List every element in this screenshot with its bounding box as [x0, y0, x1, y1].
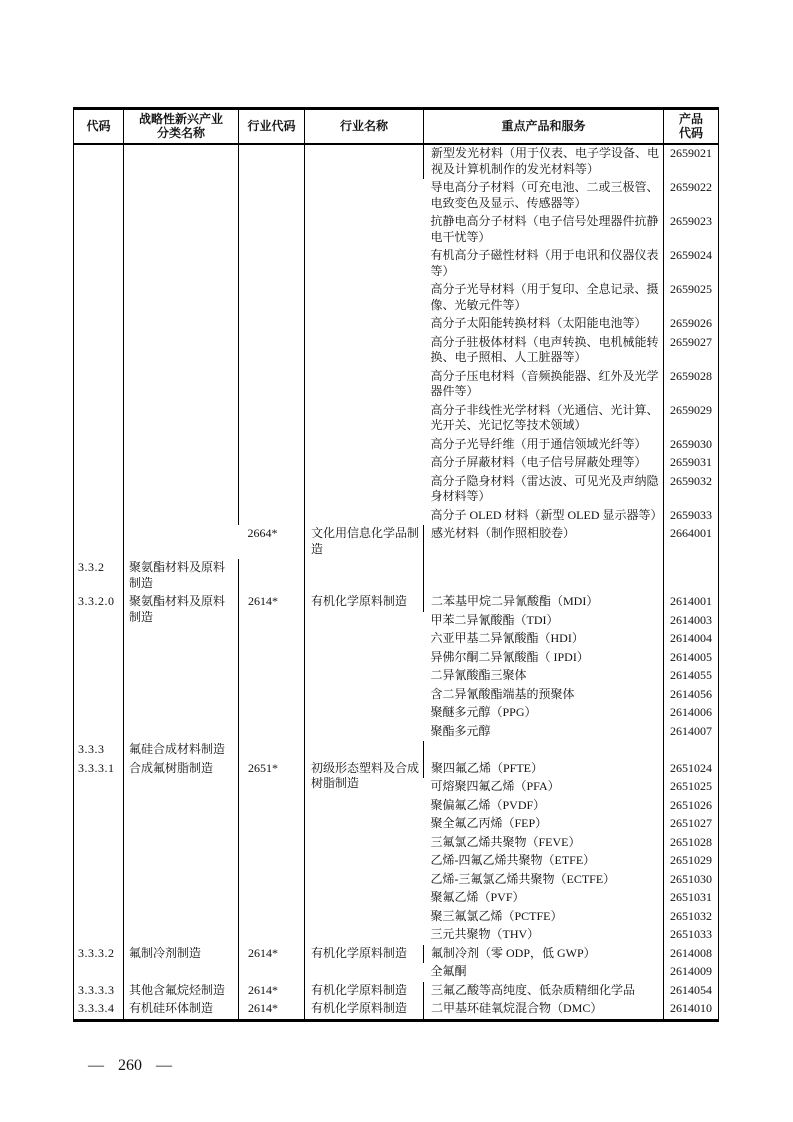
table-cell: 2664* — [239, 525, 305, 559]
table-cell: 2614056 — [664, 686, 719, 705]
table-cell: 三氟氯乙烯共聚物（FEVE） — [424, 834, 664, 853]
table-cell: 感光材料（制作照相胶卷） — [424, 525, 664, 559]
header-products: 重点产品和服务 — [424, 109, 664, 145]
classification-table: 代码 战略性新兴产业 分类名称 行业代码 行业名称 重点产品和服务 产品 代码 — [73, 107, 719, 1022]
table-cell: 三氟乙酸等高纯度、低杂质精细化学品 — [424, 982, 664, 1001]
header-industry-code-label: 行业代码 — [240, 120, 303, 134]
header-row: 代码 战略性新兴产业 分类名称 行业代码 行业名称 重点产品和服务 产品 代码 — [74, 109, 719, 145]
table-cell — [305, 741, 424, 760]
header-category-line2: 分类名称 — [125, 127, 237, 141]
table-cell: 2651* — [239, 760, 305, 945]
table-cell: 初级形态塑料及合成树脂制造 — [305, 760, 424, 945]
table-cell: 2614055 — [664, 667, 719, 686]
table-cell: 3.3.2.0 — [74, 593, 124, 741]
table-cell: 聚三氟氯乙烯（PCTFE） — [424, 908, 664, 927]
table-cell: 有机硅环体制造 — [124, 1000, 239, 1020]
table-cell: 2614* — [239, 1000, 305, 1020]
table-cell: 3.3.2 — [74, 559, 124, 593]
header-category: 战略性新兴产业 分类名称 — [124, 109, 239, 145]
table-cell: 全氟酮 — [424, 963, 664, 982]
table-cell: 2659022 — [664, 179, 719, 213]
table-row: 3.3.2聚氨酯材料及原料制造 — [74, 559, 719, 593]
table-cell: 2659025 — [664, 281, 719, 315]
table-cell: 2659032 — [664, 473, 719, 507]
table-cell: 2659024 — [664, 247, 719, 281]
table-cell — [239, 741, 305, 760]
table-cell: 其他含氟烷烃制造 — [124, 982, 239, 1001]
table-cell: 六亚甲基二异氰酸酯（HDI） — [424, 630, 664, 649]
table-cell: 聚醚多元醇（PPG） — [424, 704, 664, 723]
table-cell: 2651026 — [664, 797, 719, 816]
table-cell: 抗静电高分子材料（电子信号处理器件抗静电干忧等） — [424, 213, 664, 247]
table-cell: 高分子太阳能转换材料（太阳能电池等） — [424, 315, 664, 334]
table-cell: 有机化学原料制造 — [305, 593, 424, 741]
table-cell: 高分子 OLED 材料（新型 OLED 显示器等） — [424, 507, 664, 526]
table-cell — [239, 144, 305, 525]
header-industry-name-label: 行业名称 — [306, 120, 422, 134]
table-cell: 聚氟乙烯（PVF） — [424, 889, 664, 908]
table-row: 3.3.3.3其他含氟烷烃制造2614*有机化学原料制造三氟乙酸等高纯度、低杂质… — [74, 982, 719, 1001]
table-row: 3.3.3.4有机硅环体制造2614*有机化学原料制造二甲基环硅氧烷混合物（DM… — [74, 1000, 719, 1020]
table-cell: 2614009 — [664, 963, 719, 982]
table-cell: 3.3.3.4 — [74, 1000, 124, 1020]
table-cell: 文化用信息化学品制造 — [305, 525, 424, 559]
header-product-code-line1: 产品 — [665, 113, 717, 127]
table-cell — [424, 741, 664, 760]
table-cell: 2651024 — [664, 760, 719, 779]
table-cell: 2651027 — [664, 815, 719, 834]
header-industry-name: 行业名称 — [305, 109, 424, 145]
table-cell: 2659027 — [664, 334, 719, 368]
table-cell: 三元共聚物（THV） — [424, 926, 664, 945]
table-row: 3.3.3.2氟制冷剂制造2614*有机化学原料制造氟制冷剂（零 ODP，低 G… — [74, 945, 719, 964]
header-code-label: 代码 — [75, 120, 122, 134]
table-cell: 2651028 — [664, 834, 719, 853]
table-cell: 聚氨酯材料及原料制造 — [124, 593, 239, 741]
table-cell: 2614* — [239, 982, 305, 1001]
table-cell: 2651025 — [664, 778, 719, 797]
table-cell: 2659033 — [664, 507, 719, 526]
table-cell: 2614005 — [664, 649, 719, 668]
table-cell: 高分子屏蔽材料（电子信号屏蔽处理等） — [424, 454, 664, 473]
table-cell: 高分子光导材料（用于复印、全息记录、摄像、光敏元件等） — [424, 281, 664, 315]
table-cell: 2614054 — [664, 982, 719, 1001]
table-cell: 二苯基甲烷二异氰酸酯（MDI） — [424, 593, 664, 612]
header-products-label: 重点产品和服务 — [425, 120, 662, 134]
table-cell: 2651032 — [664, 908, 719, 927]
table-cell: 聚四氟乙烯（PFTE） — [424, 760, 664, 779]
table-cell: 二异氰酸酯三聚体 — [424, 667, 664, 686]
document-page: 代码 战略性新兴产业 分类名称 行业代码 行业名称 重点产品和服务 产品 代码 — [0, 0, 793, 1122]
table-cell: 聚氨酯材料及原料制造 — [124, 559, 239, 593]
table-cell: 高分子隐身材料（雷达波、可见光及声纳隐身材料等） — [424, 473, 664, 507]
table-cell: 2659023 — [664, 213, 719, 247]
table-row: 新型发光材料（用于仪表、电子学设备、电视及计算机制作的发光材料等）2659021 — [74, 144, 719, 179]
table-cell: 2614007 — [664, 723, 719, 742]
table-cell: 有机化学原料制造 — [305, 1000, 424, 1020]
table-cell: 聚酯多元醇 — [424, 723, 664, 742]
table-cell: 2651030 — [664, 871, 719, 890]
table-cell: 导电高分子材料（可充电池、二或三极管、电致变色及显示、传感器等） — [424, 179, 664, 213]
table-cell: 新型发光材料（用于仪表、电子学设备、电视及计算机制作的发光材料等） — [424, 144, 664, 179]
table-cell: 甲苯二异氰酸酯（TDI） — [424, 612, 664, 631]
table-cell — [305, 559, 424, 593]
table-cell: 二甲基环硅氧烷混合物（DMC） — [424, 1000, 664, 1020]
table-cell: 有机高分子磁性材料（用于电讯和仪器仪表等） — [424, 247, 664, 281]
table-cell: 有机化学原料制造 — [305, 982, 424, 1001]
table-cell: 2614006 — [664, 704, 719, 723]
header-product-code: 产品 代码 — [664, 109, 719, 145]
table-cell: 2664001 — [664, 525, 719, 559]
table-cell: 2659028 — [664, 368, 719, 402]
table-cell: 2659031 — [664, 454, 719, 473]
table-cell: 2651033 — [664, 926, 719, 945]
table-cell: 2659030 — [664, 436, 719, 455]
table-cell: 2651031 — [664, 889, 719, 908]
table-row: 3.3.2.0聚氨酯材料及原料制造2614*有机化学原料制造二苯基甲烷二异氰酸酯… — [74, 593, 719, 612]
table-cell: 2614001 — [664, 593, 719, 612]
table-cell: 2614008 — [664, 945, 719, 964]
table-cell: 3.3.3.2 — [74, 945, 124, 982]
table-cell: 3.3.3.3 — [74, 982, 124, 1001]
table-cell: 乙烯-四氟乙烯共聚物（ETFE） — [424, 852, 664, 871]
header-code: 代码 — [74, 109, 124, 145]
table-cell — [664, 741, 719, 760]
table-cell — [239, 559, 305, 593]
table-cell: 高分子驻极体材料（电声转换、电机械能转换、电子照相、人工脏器等） — [424, 334, 664, 368]
table-cell: 3.3.3 — [74, 741, 124, 760]
table-cell: 3.3.3.1 — [74, 760, 124, 945]
table-cell: 2614* — [239, 945, 305, 982]
table-cell: 聚偏氟乙烯（PVDF） — [424, 797, 664, 816]
table-cell: 异佛尔酮二异氰酸酯（ IPDI） — [424, 649, 664, 668]
table-cell: 氟制冷剂制造 — [124, 945, 239, 982]
table-cell: 2659029 — [664, 402, 719, 436]
table-cell: 高分子非线性光学材料（光通信、光计算、光开关、光记忆等技术领域） — [424, 402, 664, 436]
table-cell: 2651029 — [664, 852, 719, 871]
page-number: — 260 — — [88, 1057, 172, 1075]
table-cell: 2614004 — [664, 630, 719, 649]
table-cell: 高分子光导纤维（用于通信领域光纤等） — [424, 436, 664, 455]
table-cell: 乙烯-三氟氯乙烯共聚物（ECTFE） — [424, 871, 664, 890]
table-cell: 2659021 — [664, 144, 719, 179]
table-cell: 聚全氟乙丙烯（FEP） — [424, 815, 664, 834]
table-cell — [74, 144, 124, 559]
table-cell: 2614* — [239, 593, 305, 741]
table-cell — [124, 144, 239, 559]
table-cell — [424, 559, 664, 593]
table-cell: 2614003 — [664, 612, 719, 631]
table-cell: 氟制冷剂（零 ODP，低 GWP） — [424, 945, 664, 964]
table-body: 新型发光材料（用于仪表、电子学设备、电视及计算机制作的发光材料等）2659021… — [74, 144, 719, 1020]
table-cell — [305, 144, 424, 525]
table-cell: 2614010 — [664, 1000, 719, 1020]
table-cell: 高分子压电材料（音频换能器、红外及光学器件等） — [424, 368, 664, 402]
table-cell: 氟硅合成材料制造 — [124, 741, 239, 760]
table-header: 代码 战略性新兴产业 分类名称 行业代码 行业名称 重点产品和服务 产品 代码 — [74, 109, 719, 145]
table-cell: 合成氟树脂制造 — [124, 760, 239, 945]
table-cell: 可熔聚四氟乙烯（PFA） — [424, 778, 664, 797]
header-product-code-line2: 代码 — [665, 127, 717, 141]
table-row: 3.3.3氟硅合成材料制造 — [74, 741, 719, 760]
table-cell — [664, 559, 719, 593]
table-cell: 含二异氰酸酯端基的预聚体 — [424, 686, 664, 705]
header-industry-code: 行业代码 — [239, 109, 305, 145]
header-category-line1: 战略性新兴产业 — [125, 113, 237, 127]
table-cell: 2659026 — [664, 315, 719, 334]
table-cell: 有机化学原料制造 — [305, 945, 424, 982]
table-row: 3.3.3.1合成氟树脂制造2651*初级形态塑料及合成树脂制造聚四氟乙烯（PF… — [74, 760, 719, 779]
